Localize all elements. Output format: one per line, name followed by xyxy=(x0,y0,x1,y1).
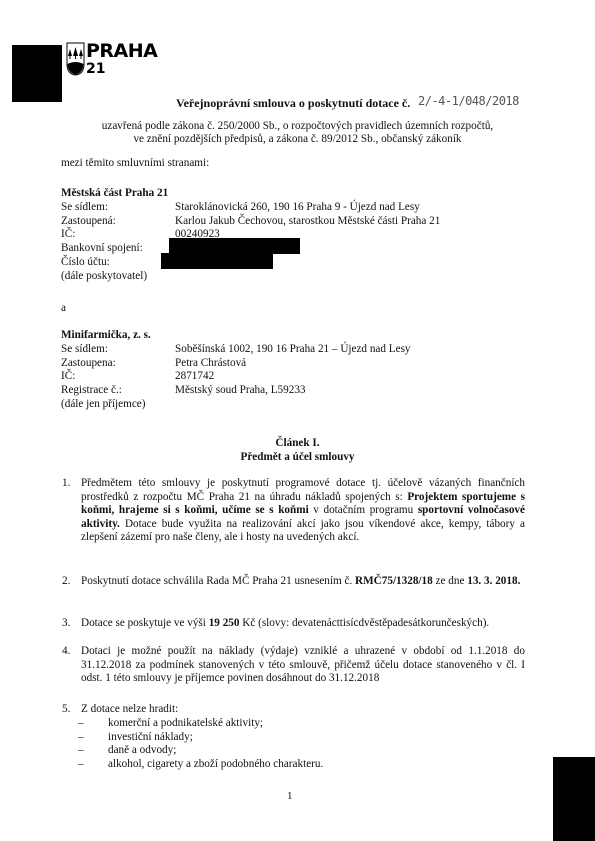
field-value: Karlou Jakub Čechovou, starostkou Městsk… xyxy=(175,215,440,227)
paragraph-text: Z dotace nelze hradit: xyxy=(81,703,525,717)
document-title: Veřejnoprávní smlouva o poskytnutí dotac… xyxy=(176,96,410,111)
field-label: Bankovní spojení: xyxy=(61,242,175,254)
provider-name: Městská část Praha 21 xyxy=(61,187,168,199)
praha21-logo: PRAHA 21 xyxy=(66,40,176,90)
dash-bullet: – xyxy=(78,744,84,756)
conjunction: a xyxy=(61,302,66,314)
field-label: Registrace č.: xyxy=(61,384,175,396)
provider-row-representative: Zastoupená:Karlou Jakub Čechovou, staros… xyxy=(61,215,440,227)
scan-mark-top-left xyxy=(12,45,62,102)
recipient-row-ic: IČ:2871742 xyxy=(61,370,214,382)
dash-bullet: – xyxy=(78,717,84,729)
redaction-bank-details xyxy=(169,238,300,254)
paragraph-number: 5. xyxy=(62,703,70,715)
paragraph-text: Předmětem této smlouvy je poskytnutí pro… xyxy=(81,477,525,545)
article-heading: Článek I. xyxy=(0,437,595,449)
field-label: Zastoupená: xyxy=(61,215,175,227)
paragraph-text: Dotaci je možné použít na náklady (výdaj… xyxy=(81,645,525,686)
redaction-account-number xyxy=(161,253,273,269)
article-subheading: Předmět a účel smlouvy xyxy=(0,451,595,463)
field-value: Soběšínská 1002, 190 16 Praha 21 – Újezd… xyxy=(175,343,411,355)
field-value: 2871742 xyxy=(175,370,214,382)
paragraph-number: 3. xyxy=(62,617,70,629)
dash-bullet: – xyxy=(78,758,84,770)
recipient-row-seat: Se sídlem:Soběšínská 1002, 190 16 Praha … xyxy=(61,343,411,355)
paragraph-text: Dotace se poskytuje ve výši 19 250 Kč (s… xyxy=(81,617,525,631)
logo-district-number: 21 xyxy=(86,61,105,77)
provider-row-account: Číslo účtu: xyxy=(61,256,175,268)
intro-line-1: uzavřená podle zákona č. 250/2000 Sb., o… xyxy=(0,120,595,132)
provider-row-seat: Se sídlem:Staroklánovická 260, 190 16 Pr… xyxy=(61,201,420,213)
field-label: Se sídlem: xyxy=(61,201,175,213)
field-label: IČ: xyxy=(61,228,175,240)
field-label: Zastoupena: xyxy=(61,357,175,369)
field-label: IČ: xyxy=(61,370,175,382)
field-value: Staroklánovická 260, 190 16 Praha 9 - Új… xyxy=(175,201,420,213)
recipient-row-registration: Registrace č.:Městský soud Praha, L59233 xyxy=(61,384,306,396)
field-value: Městský soud Praha, L59233 xyxy=(175,384,306,396)
paragraph-number: 1. xyxy=(62,477,70,489)
recipient-row-representative: Zastoupena:Petra Chrástová xyxy=(61,357,246,369)
dash-bullet: – xyxy=(78,731,84,743)
scan-mark-bottom-right xyxy=(553,757,595,841)
provider-row-bank: Bankovní spojení: xyxy=(61,242,175,254)
intro-line-2: ve znění pozdějších předpisů, a zákona č… xyxy=(0,133,595,145)
paragraph-number: 2. xyxy=(62,575,70,587)
coat-of-arms-icon xyxy=(66,42,85,76)
parties-intro: mezi těmito smluvními stranami: xyxy=(61,157,209,169)
recipient-note: (dále jen příjemce) xyxy=(61,398,145,410)
field-label: Číslo účtu: xyxy=(61,256,175,268)
field-label: Se sídlem: xyxy=(61,343,175,355)
field-value: Petra Chrástová xyxy=(175,357,246,369)
paragraph-number: 4. xyxy=(62,645,70,657)
provider-note: (dále poskytovatel) xyxy=(61,270,147,282)
recipient-name: Minifarmička, z. s. xyxy=(61,329,151,341)
contract-number: 2/-4-1/048/2018 xyxy=(418,94,519,108)
page-number: 1 xyxy=(287,790,293,802)
paragraph-text: Poskytnutí dotace schválila Rada MČ Prah… xyxy=(81,575,525,589)
logo-wordmark: PRAHA xyxy=(86,40,157,62)
